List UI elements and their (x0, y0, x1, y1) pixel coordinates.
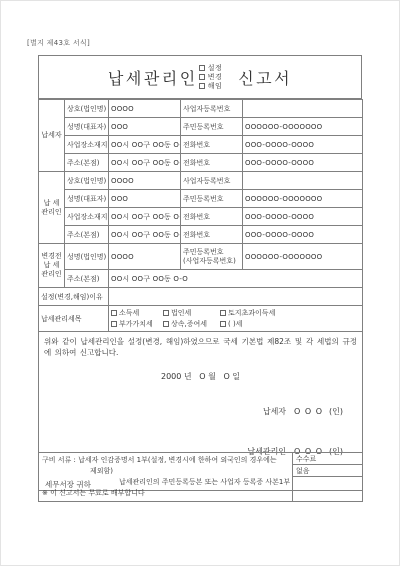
tax-item-label: 토지초과이득세 (228, 308, 275, 318)
field-label: 주민등록번호 (사업자등록번호) (181, 244, 243, 270)
field-label: 성명(대표자) (65, 190, 109, 208)
fee-label: 수수료 (293, 453, 362, 465)
fee-column: 수수료 없음 (293, 453, 363, 502)
field-value: OOO-OOOO-OOOO (243, 226, 363, 244)
field-label: 주민등록번호 (181, 190, 243, 208)
field-value: OOOOOO-OOOOOOO (243, 190, 363, 208)
tax-items-cell: 소득세 법인세 토지초과이득세 부가가치세 상속,증여세 ( )세 (109, 306, 363, 332)
table-row: 납세자 상호(법인명) OOOO 사업자등록번호 (39, 100, 363, 118)
tax-item-label: 소득세 (119, 308, 139, 318)
field-value: OOOOOO-OOOOOOO (243, 118, 363, 136)
field-label: 주소(본점) (65, 154, 109, 172)
field-label: 전화번호 (181, 226, 243, 244)
required-documents-table: 구비 서류 : 납세자 인감증명서 1부(설정, 변경시에 한하여 외국인의 경… (38, 452, 363, 502)
field-label: 전화번호 (181, 208, 243, 226)
title-option-haeim: 해임 (199, 82, 223, 91)
field-value: OOOO (109, 100, 181, 118)
field-value: OO시 OO구 OO동 O-O (109, 136, 181, 154)
field-label: 성명(법인명) (65, 244, 109, 270)
section-label-manager: 납 세 관리인 (39, 172, 65, 244)
tax-item-tojichogwa: 토지초과이득세 (220, 308, 275, 318)
signature-label: 납세자 (263, 407, 286, 416)
field-label: 상호(법인명) (65, 172, 109, 190)
tax-item-label: 법인세 (171, 308, 191, 318)
tax-items-row: 소득세 법인세 토지초과이득세 (111, 308, 360, 319)
form-title-suffix: 신고서 (238, 66, 292, 89)
field-label: 사업장소재지 (65, 208, 109, 226)
signature-line-taxpayer: 납세자O O O(인) (44, 397, 357, 426)
tax-item-beobinse: 법인세 (163, 308, 220, 318)
tax-items-label: 납세관리세목 (39, 306, 109, 332)
field-label: 사업자등록번호 (181, 172, 243, 190)
table-row: 사업장소재지 OO시 OO구 OO동 O-O 전화번호 OOO-OOOO-OOO… (39, 136, 363, 154)
form-title-prefix: 납세관리인 (108, 66, 198, 89)
reason-value (109, 288, 363, 306)
title-option-group: 설정 변경 해임 (199, 64, 223, 91)
docs-free-note: ※ 이 신고서는 무료로 배부합니다 (42, 488, 289, 499)
table-row: 성명(대표자) OOO 주민등록번호 OOOOOO-OOOOOOO (39, 190, 363, 208)
section-label-taxpayer: 납세자 (39, 100, 65, 172)
field-label: 전화번호 (181, 136, 243, 154)
checkbox-icon[interactable] (163, 310, 169, 316)
tax-item-sodeukse: 소득세 (111, 308, 163, 318)
field-value: OOO-OOOO-OOOO (243, 208, 363, 226)
checkbox-icon[interactable] (199, 83, 205, 89)
table-row: 주소(본점) OO시 OO구 OO동 O-O 전화번호 OOO-OOOO-OOO… (39, 154, 363, 172)
field-value: OO시 OO구 OO동 O-O (109, 270, 363, 288)
checkbox-icon[interactable] (111, 321, 117, 327)
field-label: 사업장소재지 (65, 136, 109, 154)
form-page: [별지 제43호 서식] 납세관리인 설정 변경 해임 신고서 납세자 상호( (0, 0, 400, 566)
form-title-box: 납세관리인 설정 변경 해임 신고서 (38, 55, 362, 99)
tax-items-row: 부가가치세 상속,증여세 ( )세 (111, 319, 360, 330)
fee-empty-cell (293, 477, 362, 499)
signature-name: O O O (294, 407, 323, 416)
tax-item-sangsokjeungyeose: 상속,증여세 (163, 319, 220, 329)
field-value: OOOO (109, 172, 181, 190)
title-option-label: 해임 (208, 81, 223, 91)
field-label: 성명(대표자) (65, 118, 109, 136)
field-value: OOO-OOOO-OOOO (243, 154, 363, 172)
field-label: 전화번호 (181, 154, 243, 172)
field-label: 사업자등록번호 (181, 100, 243, 118)
table-row: 납 세 관리인 상호(법인명) OOOO 사업자등록번호 (39, 172, 363, 190)
fee-value: 없음 (293, 465, 362, 477)
tax-item-label: 상속,증여세 (171, 319, 207, 329)
checkbox-icon[interactable] (199, 65, 205, 71)
docs-line: 구비 서류 : 납세자 인감증명서 1부(설정, 변경시에 한하여 외국인의 경… (42, 455, 289, 466)
field-value: OO시 OO구 OO동 O-O (109, 208, 181, 226)
signature-seal: (인) (329, 407, 343, 416)
declaration-text: 위와 같이 납세관리인을 설정(변경, 해임)하였으므로 국세 기본법 제82조… (44, 336, 357, 358)
required-documents-cell: 구비 서류 : 납세자 인감증명서 1부(설정, 변경시에 한하여 외국인의 경… (39, 453, 293, 502)
table-row: 성명(대표자) OOO 주민등록번호 OOOOOO-OOOOOOO (39, 118, 363, 136)
field-label: 주소(본점) (65, 226, 109, 244)
table-row: 주소(본점) OO시 OO구 OO동 O-O 전화번호 OOO-OOOO-OOO… (39, 226, 363, 244)
field-label: 주소(본점) (65, 270, 109, 288)
field-value: OOO-OOOO-OOOO (243, 136, 363, 154)
checkbox-icon[interactable] (220, 310, 226, 316)
main-form-table: 납세자 상호(법인명) OOOO 사업자등록번호 성명(대표자) OOO 주민등… (38, 99, 363, 491)
table-row: 사업장소재지 OO시 OO구 OO동 O-O 전화번호 OOO-OOOO-OOO… (39, 208, 363, 226)
field-value: OOOOOO-OOOOOOO (243, 244, 363, 270)
field-value: OOO (109, 118, 181, 136)
field-value: OOO (109, 190, 181, 208)
tax-item-other: ( )세 (220, 319, 242, 329)
form-number-note: [별지 제43호 서식] (27, 38, 90, 48)
reason-label: 설정(변경,해임)이유 (39, 288, 109, 306)
checkbox-icon[interactable] (111, 310, 117, 316)
field-value: OOOO (109, 244, 181, 270)
field-value (243, 172, 363, 190)
table-row: 설정(변경,해임)이유 (39, 288, 363, 306)
checkbox-icon[interactable] (199, 74, 205, 80)
section-label-previous-manager: 변경전 납 세 관리인 (39, 244, 65, 288)
tax-item-label: 부가가치세 (119, 319, 153, 329)
field-value: OO시 OO구 OO동 O-O (109, 226, 181, 244)
docs-line: 제외함) (42, 466, 289, 477)
table-row: 주소(본점) OO시 OO구 OO동 O-O (39, 270, 363, 288)
checkbox-icon[interactable] (163, 321, 169, 327)
field-label: 상호(법인명) (65, 100, 109, 118)
checkbox-icon[interactable] (220, 321, 226, 327)
tax-item-bugagachise: 부가가치세 (111, 319, 163, 329)
tax-item-label: ( )세 (228, 319, 242, 329)
table-row: 납세관리세목 소득세 법인세 토지초과이득세 부가가치세 상속,증여세 ( )세 (39, 306, 363, 332)
field-label: 주민등록번호 (181, 118, 243, 136)
field-value: OO시 OO구 OO동 O-O (109, 154, 181, 172)
table-row: 변경전 납 세 관리인 성명(법인명) OOOO 주민등록번호 (사업자등록번호… (39, 244, 363, 270)
field-value (243, 100, 363, 118)
declaration-date: 2000 년 O 월 O 일 (44, 371, 357, 382)
docs-line: 납세관리인의 주민등록등본 또는 사업자 등록증 사본1부 (42, 477, 289, 488)
